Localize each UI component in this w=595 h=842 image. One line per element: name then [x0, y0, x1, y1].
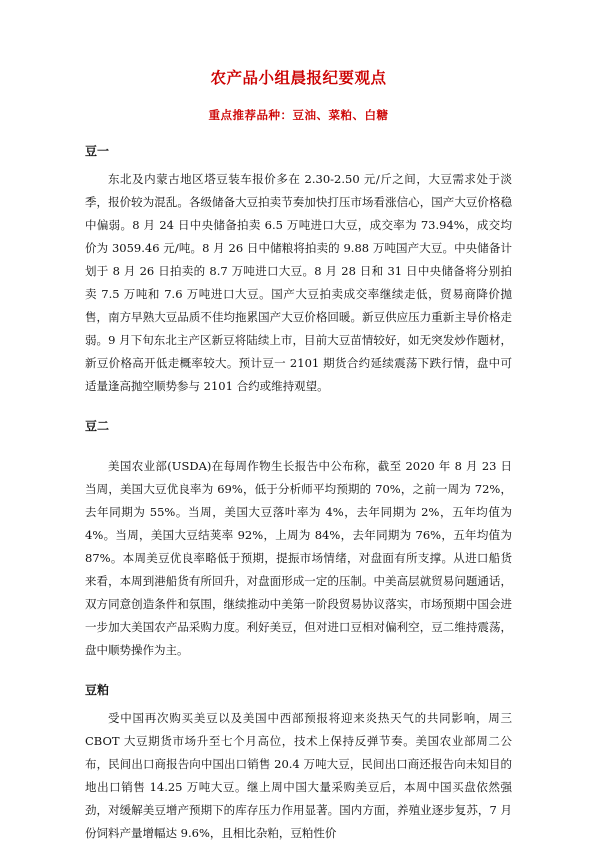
document-content: 农产品小组晨报纪要观点 重点推荐品种：豆油、菜粕、白糖 豆一 东北及内蒙古地区塔… [0, 0, 595, 842]
section-bean-one: 豆一 东北及内蒙古地区塔豆装车报价多在 2.30-2.50 元/斤之间，大豆需求… [85, 142, 512, 398]
section-body-bean-one: 东北及内蒙古地区塔豆装车报价多在 2.30-2.50 元/斤之间，大豆需求处于淡… [85, 168, 512, 398]
section-heading-bean-two: 豆二 [85, 417, 512, 434]
section-body-soybean-meal: 受中国再次购买美豆以及美国中西部预报将迎来炎热天气的共同影响，周三 CBOT 大… [85, 707, 512, 842]
section-heading-soybean-meal: 豆粕 [85, 681, 512, 698]
section-bean-two: 豆二 美国农业部(USDA)在每周作物生长报告中公布称，截至 2020 年 8 … [85, 417, 512, 662]
document-header: 农产品小组晨报纪要观点 重点推荐品种：豆油、菜粕、白糖 [85, 66, 512, 123]
page-title: 农产品小组晨报纪要观点 [85, 66, 512, 88]
section-soybean-meal: 豆粕 受中国再次购买美豆以及美国中西部预报将迎来炎热天气的共同影响，周三 CBO… [85, 681, 512, 842]
section-body-bean-two: 美国农业部(USDA)在每周作物生长报告中公布称，截至 2020 年 8 月 2… [85, 455, 512, 662]
document-page: 农产品小组晨报纪要观点 重点推荐品种：豆油、菜粕、白糖 豆一 东北及内蒙古地区塔… [0, 0, 595, 842]
recommended-varieties-subtitle: 重点推荐品种：豆油、菜粕、白糖 [85, 107, 512, 123]
section-heading-bean-one: 豆一 [85, 142, 512, 159]
